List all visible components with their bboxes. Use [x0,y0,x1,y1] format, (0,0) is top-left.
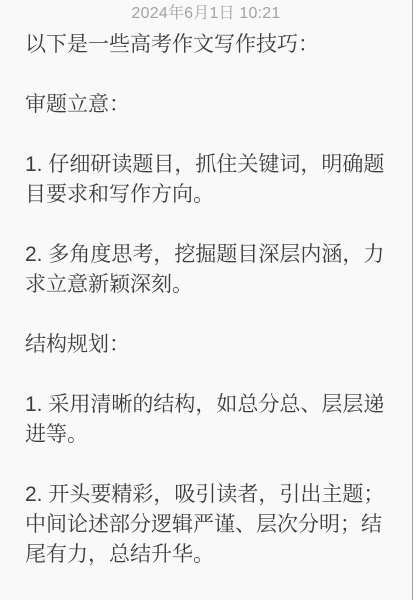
text-line: 2. 多角度思考，挖掘题目深层内涵，力 [25,240,395,270]
paragraph-intro: 以下是一些高考作文写作技巧： [25,30,395,60]
paragraph-structure-point-1: 1. 采用清晰的结构，如总分总、层层递 进等。 [25,390,395,450]
right-edge-strip [413,0,419,600]
text-line: 中间论述部分逻辑严谨、层次分明；结 [25,510,395,540]
paragraph-structure-point-2: 2. 开头要精彩，吸引读者，引出主题； 中间论述部分逻辑严谨、层次分明；结 尾有… [25,480,395,570]
text-line: 目要求和写作方向。 [25,180,395,210]
text-line: 1. 采用清晰的结构，如总分总、层层递 [25,390,395,420]
paragraph-heading-topic-analysis: 审题立意： [25,90,395,120]
message-text: 以下是一些高考作文写作技巧： 审题立意： 1. 仔细研读题目，抓住关键词，明确题… [25,30,395,570]
text-line: 审题立意： [25,90,395,120]
text-line: 以下是一些高考作文写作技巧： [25,30,395,60]
text-line: 进等。 [25,420,395,450]
paragraph-heading-structure-planning: 结构规划： [25,330,395,360]
message-timestamp: 2024年6月1日 10:21 [0,3,412,25]
text-line: 尾有力，总结升华。 [25,540,395,570]
text-line: 结构规划： [25,330,395,360]
paragraph-topic-point-1: 1. 仔细研读题目，抓住关键词，明确题 目要求和写作方向。 [25,150,395,210]
text-line: 1. 仔细研读题目，抓住关键词，明确题 [25,150,395,180]
chat-message-view: 2024年6月1日 10:21 以下是一些高考作文写作技巧： 审题立意： 1. … [0,0,419,600]
text-line: 求立意新颖深刻。 [25,270,395,300]
paragraph-topic-point-2: 2. 多角度思考，挖掘题目深层内涵，力 求立意新颖深刻。 [25,240,395,300]
text-line: 2. 开头要精彩，吸引读者，引出主题； [25,480,395,510]
